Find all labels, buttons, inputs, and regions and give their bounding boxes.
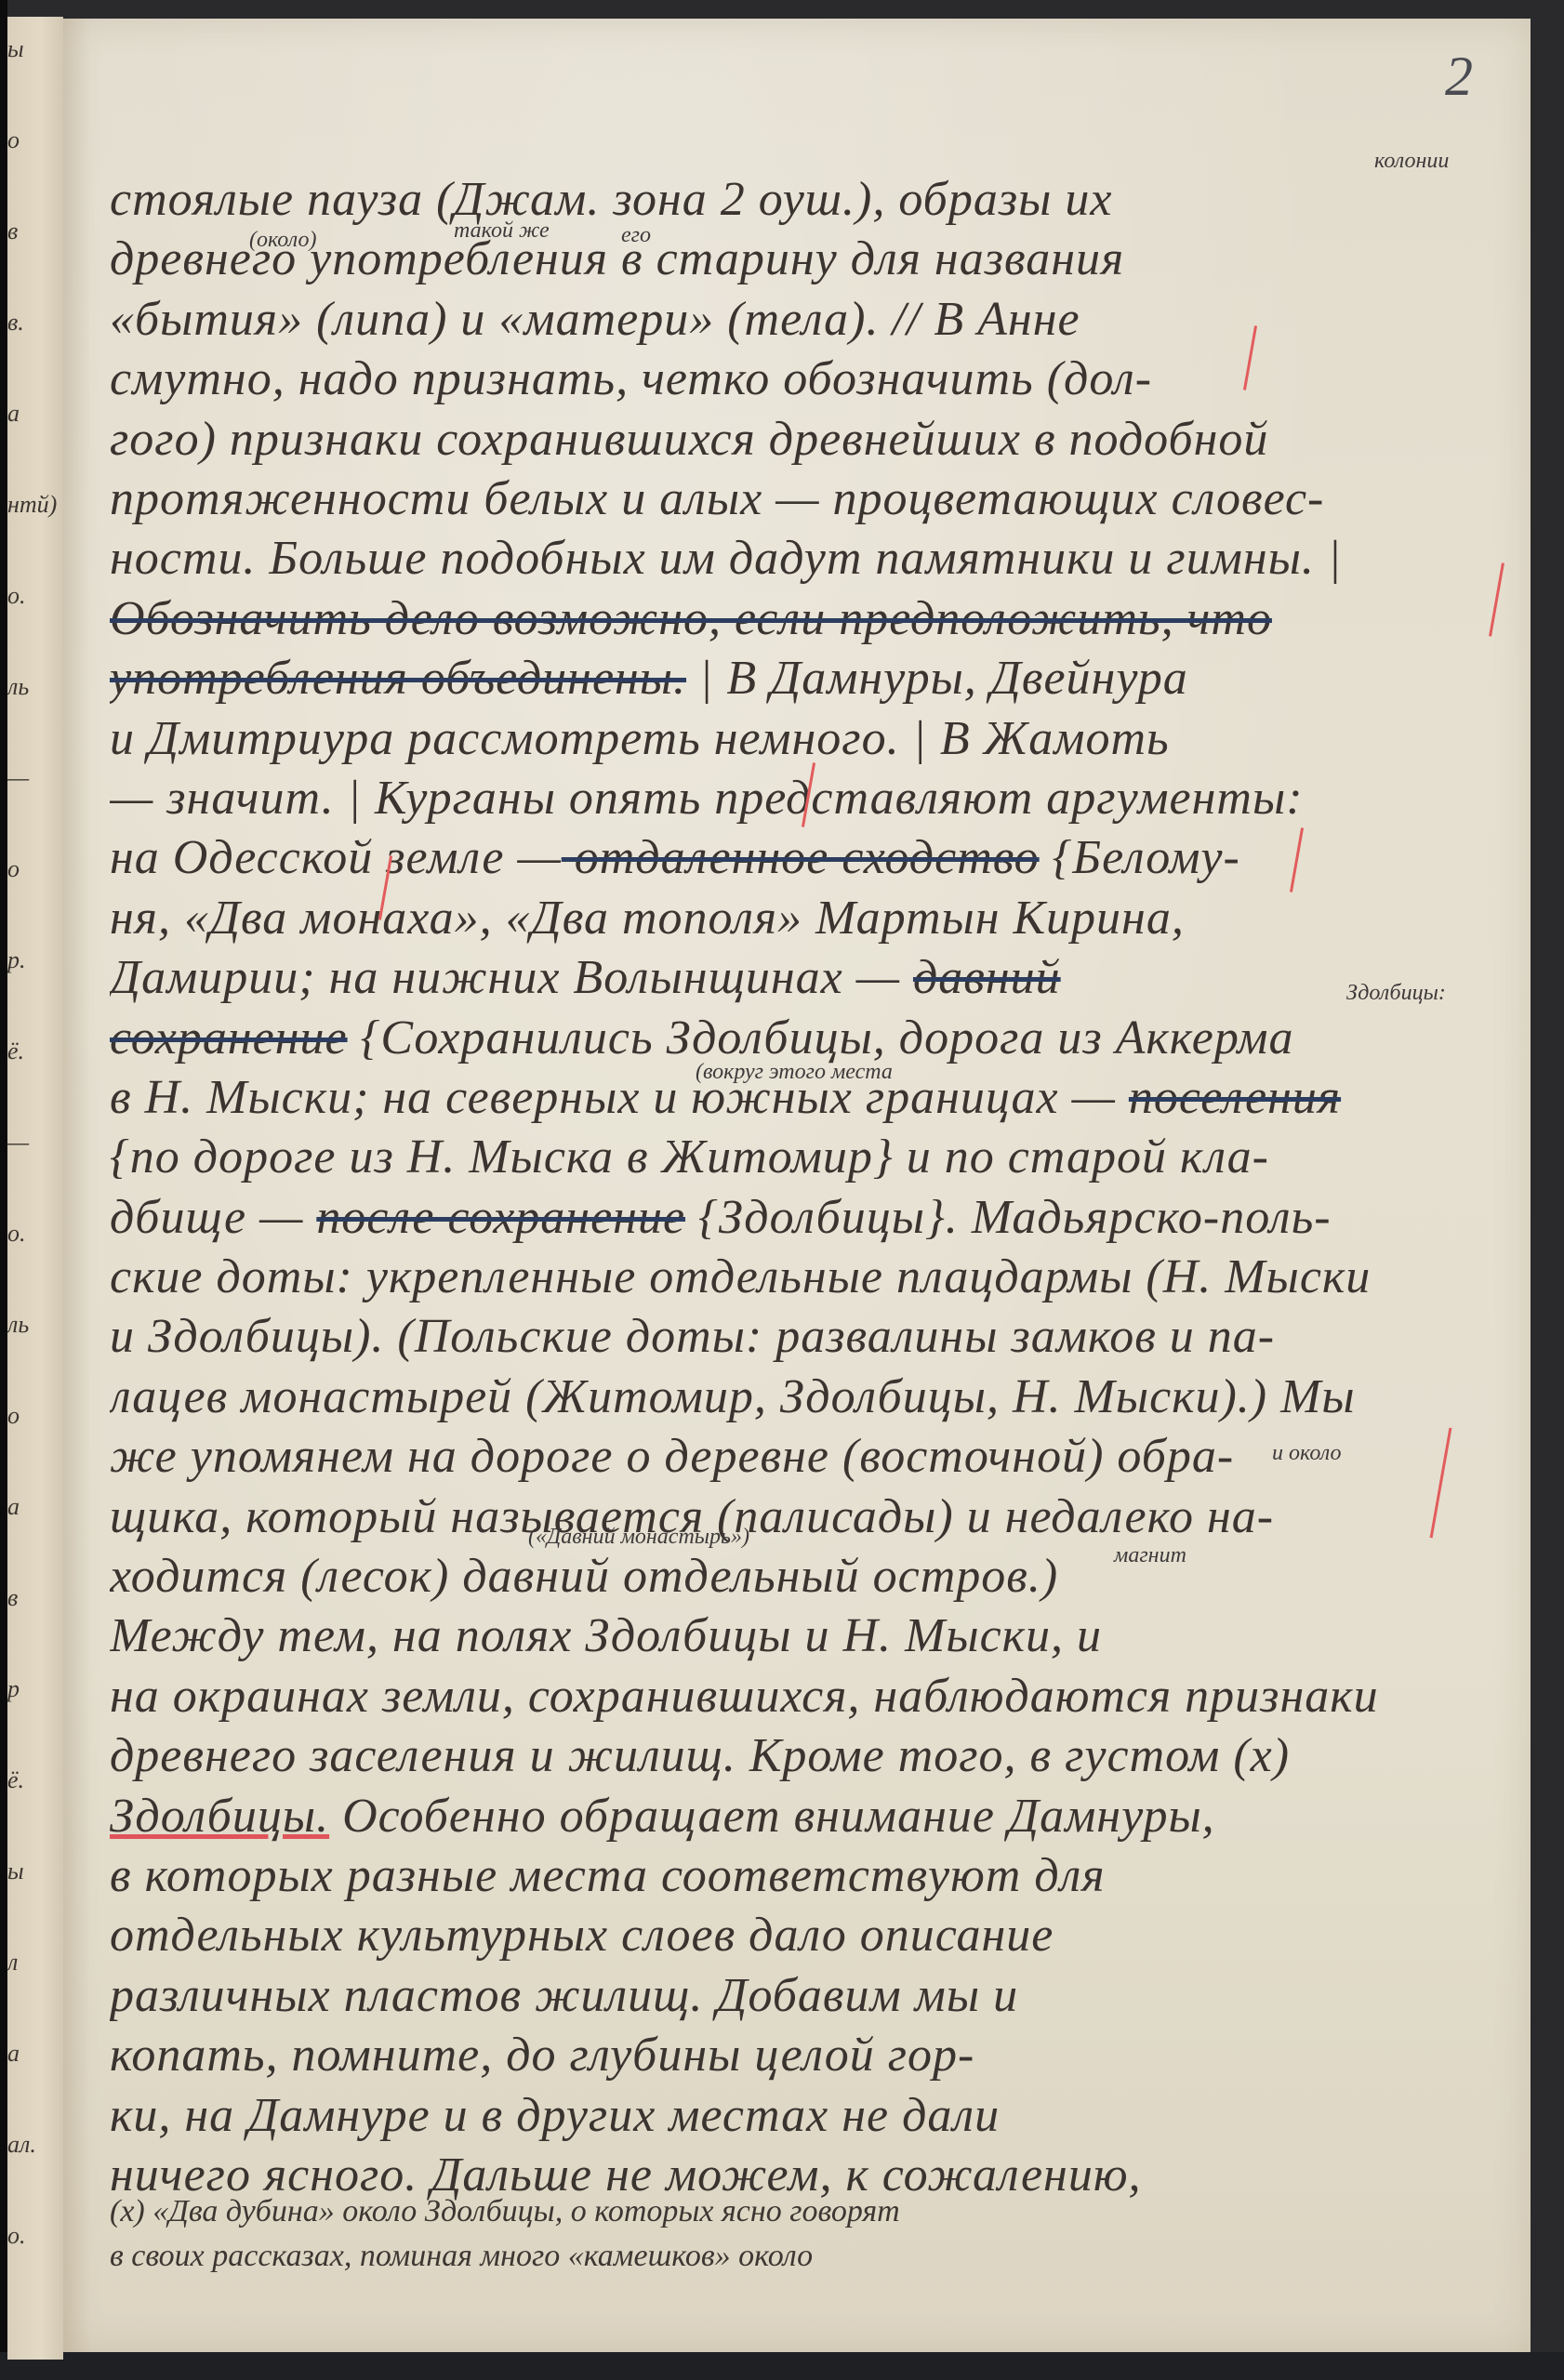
line-text: «бытия» (липа) и «матери» (тела). // В А… — [110, 293, 1080, 346]
back-leaf-fragment: ё. — [7, 1038, 63, 1065]
line-text-continued: {Белому- — [1040, 831, 1240, 884]
line-text: — значит. | Курганы опять представляют а… — [110, 772, 1304, 825]
manuscript-line: протяженности белых и алых — процветающи… — [110, 471, 1504, 526]
back-leaf-fragment: о. — [7, 582, 63, 610]
back-leaf-fragment: о — [7, 126, 63, 154]
scan-top-border — [0, 0, 1564, 20]
back-leaf-fragment: в — [7, 1584, 63, 1612]
line-text: ходится (лесок) давний отдельный остров.… — [110, 1550, 1058, 1603]
line-text: древнего заселения и жилищ. Кроме того, … — [110, 1729, 1290, 1782]
manuscript-line: щика, который называется (палисады) и не… — [110, 1489, 1504, 1544]
line-text: на окраинах земли, сохранившихся, наблюд… — [110, 1670, 1379, 1723]
struck-text: сохранение — [110, 1011, 348, 1064]
line-text: и Дмитриура рассмотреть немного. | В Жам… — [110, 712, 1170, 765]
manuscript-line: древнего заселения и жилищ. Кроме того, … — [110, 1728, 1504, 1783]
manuscript-line: сохранение {Сохранились Здолбицы, дорога… — [110, 1011, 1504, 1065]
manuscript-line: копать, помните, до глубины целой гор- — [110, 2028, 1504, 2082]
back-leaf-fragment: о — [7, 1402, 63, 1430]
line-text: Между тем, на полях Здолбицы и Н. Мыски,… — [110, 1609, 1102, 1662]
interlinear-note: (вокруг этого места — [696, 1060, 893, 1085]
back-leaf-fragment: ё. — [7, 1766, 63, 1794]
footnote-line: в своих рассказах, поминая много «камешк… — [110, 2239, 1504, 2274]
back-leaf-fragment: о — [7, 855, 63, 883]
struck-text: употребления объединены. — [110, 652, 686, 705]
manuscript-line: ня, «Два монаха», «Два тополя» Мартын Ки… — [110, 891, 1504, 945]
interlinear-note: и около — [1272, 1441, 1341, 1466]
manuscript-line: Между тем, на полях Здолбицы и Н. Мыски,… — [110, 1608, 1504, 1663]
manuscript-line: дбище — после сохранение {Здолбицы}. Мад… — [110, 1190, 1504, 1245]
line-text: на Одесской земле — — [110, 831, 562, 884]
manuscript-line: употребления объединены. | В Дамнуры, Дв… — [110, 651, 1504, 706]
struck-text: давний — [913, 951, 1061, 1004]
scan-right-border — [1531, 0, 1564, 2380]
manuscript-line: на окраинах земли, сохранившихся, наблюд… — [110, 1669, 1504, 1724]
manuscript-page: 2 стоялые пауза (Джам. зона 2 оуш.), обр… — [63, 19, 1531, 2352]
manuscript-line: {по дороге из Н. Мыска в Житомир} и по с… — [110, 1130, 1504, 1184]
struck-text: после сохранение — [316, 1191, 685, 1244]
line-text: протяженности белых и алых — процветающи… — [110, 472, 1324, 525]
manuscript-line: ходится (лесок) давний отдельный остров.… — [110, 1549, 1504, 1604]
line-text: Особенно обращает внимание Дамнуры, — [329, 1790, 1215, 1843]
back-leaf-fragment: р. — [7, 946, 63, 974]
page-fold-shadow — [63, 19, 91, 2352]
line-text: смутно, надо признать, четко обозначить … — [110, 352, 1152, 405]
back-leaf-fragment: л — [7, 1949, 63, 1977]
back-leaf-fragment: а — [7, 400, 63, 428]
manuscript-line: древнего употребления в старину для назв… — [110, 231, 1504, 286]
manuscript-line: ки, на Дамнуре и в других местах не дали — [110, 2088, 1504, 2143]
line-text: стоялые пауза (Джам. зона 2 оуш.), образ… — [110, 173, 1112, 226]
struck-text: Обозначить дело возможно, если предполож… — [110, 592, 1272, 645]
line-text: копать, помните, до глубины целой гор- — [110, 2029, 974, 2082]
manuscript-line: стоялые пауза (Джам. зона 2 оуш.), образ… — [110, 172, 1504, 227]
line-text: лацев монастырей (Житомир, Здолбицы, Н. … — [110, 1370, 1356, 1423]
line-text: ности. Больше подобных им дадут памятник… — [110, 532, 1342, 585]
back-leaf-fragment: в. — [7, 309, 63, 337]
page-number: 2 — [1445, 45, 1473, 109]
manuscript-line: Обозначить дело возможно, если предполож… — [110, 591, 1504, 646]
line-text: {Сохранились Здолбицы, дорога из Аккерма — [348, 1011, 1294, 1064]
back-leaf-fragment: ал. — [7, 2131, 63, 2159]
line-text: ки, на Дамнуре и в других местах не дали — [110, 2089, 1000, 2142]
back-leaf-edge: ыовв.антй)о.ль—ор.ё.—о.льоаврё.ылаал.о. — [7, 17, 63, 2360]
line-text: ские доты: укрепленные отдельные плацдар… — [110, 1250, 1371, 1303]
footnote-line: (x) «Два дубина» около Здолбицы, о котор… — [110, 2194, 1504, 2229]
line-text: дбище — — [110, 1191, 316, 1244]
interlinear-note: такой же — [454, 218, 550, 244]
back-leaf-fragment: в — [7, 218, 63, 245]
manuscript-line: Дамирии; на нижних Волынщинах — давний — [110, 950, 1504, 1005]
back-leaf-fragment: ы — [7, 1858, 63, 1885]
manuscript-line: смутно, надо признать, четко обозначить … — [110, 351, 1504, 406]
manuscript-line: и Здолбицы). (Польские доты: развалины з… — [110, 1309, 1504, 1364]
interlinear-note: (около) — [249, 228, 316, 253]
line-text: ня, «Два монаха», «Два тополя» Мартын Ки… — [110, 892, 1185, 945]
line-text: в которых разные места соответствуют для — [110, 1849, 1106, 1902]
manuscript-line: ности. Больше подобных им дадут памятник… — [110, 531, 1504, 586]
interlinear-note: магнит — [1114, 1543, 1186, 1568]
interlinear-note: («Давний монастырь») — [528, 1525, 749, 1550]
back-leaf-fragment: р — [7, 1675, 63, 1703]
line-text: Дамирии; на нижних Волынщинах — — [110, 951, 913, 1004]
back-leaf-fragment: нтй) — [7, 491, 63, 519]
interlinear-note: колонии — [1374, 149, 1449, 174]
back-leaf-fragment: а — [7, 2040, 63, 2068]
manuscript-line: различных пластов жилищ. Добавим мы и — [110, 1968, 1504, 2023]
manuscript-line: ские доты: укрепленные отдельные плацдар… — [110, 1249, 1504, 1304]
line-text: отдельных культурных слоев дало описание — [110, 1909, 1054, 1962]
back-leaf-fragment: а — [7, 1493, 63, 1521]
back-leaf-fragment: о. — [7, 1220, 63, 1248]
back-leaf-fragment: — — [7, 1129, 63, 1157]
line-text: же упомянем на дороге о деревне (восточн… — [110, 1430, 1234, 1483]
line-text: {по дороге из Н. Мыска в Житомир} и по с… — [110, 1130, 1269, 1183]
line-text: | В Дамнуры, Двейнура — [686, 652, 1188, 705]
scan-left-border — [0, 0, 7, 2380]
manuscript-line: «бытия» (липа) и «матери» (тела). // В А… — [110, 292, 1504, 347]
back-leaf-fragment: ы — [7, 35, 63, 63]
back-leaf-fragment: — — [7, 764, 63, 792]
line-text: и Здолбицы). (Польские доты: развалины з… — [110, 1310, 1275, 1363]
struck-text: отдаленное сходство — [562, 831, 1040, 884]
manuscript-line: отдельных культурных слоев дало описание — [110, 1908, 1504, 1963]
struck-text: поселения — [1129, 1071, 1341, 1124]
line-text: гого) признаки сохранившихся древнейших … — [110, 413, 1268, 466]
back-leaf-fragment: ль — [7, 1311, 63, 1339]
interlinear-note: Здолбицы: — [1346, 981, 1446, 1006]
line-text: в Н. Мыски; на северных и южных границах… — [110, 1071, 1129, 1124]
manuscript-line: и Дмитриура рассмотреть немного. | В Жам… — [110, 711, 1504, 766]
underlined-word: Здолбицы. — [110, 1790, 329, 1843]
line-text-continued: {Здолбицы}. Мадьярско-поль- — [685, 1191, 1332, 1244]
manuscript-line: лацев монастырей (Житомир, Здолбицы, Н. … — [110, 1369, 1504, 1424]
manuscript-line: Здолбицы. Особенно обращает внимание Дам… — [110, 1789, 1504, 1844]
line-text: различных пластов жилищ. Добавим мы и — [110, 1969, 1018, 2022]
interlinear-note: его — [621, 223, 651, 248]
back-leaf-fragment: о. — [7, 2222, 63, 2250]
back-leaf-fragment: ль — [7, 673, 63, 701]
scan-bottom-border — [0, 2352, 1564, 2380]
manuscript-line: в которых разные места соответствуют для — [110, 1848, 1504, 1903]
manuscript-line: гого) признаки сохранившихся древнейших … — [110, 412, 1504, 467]
